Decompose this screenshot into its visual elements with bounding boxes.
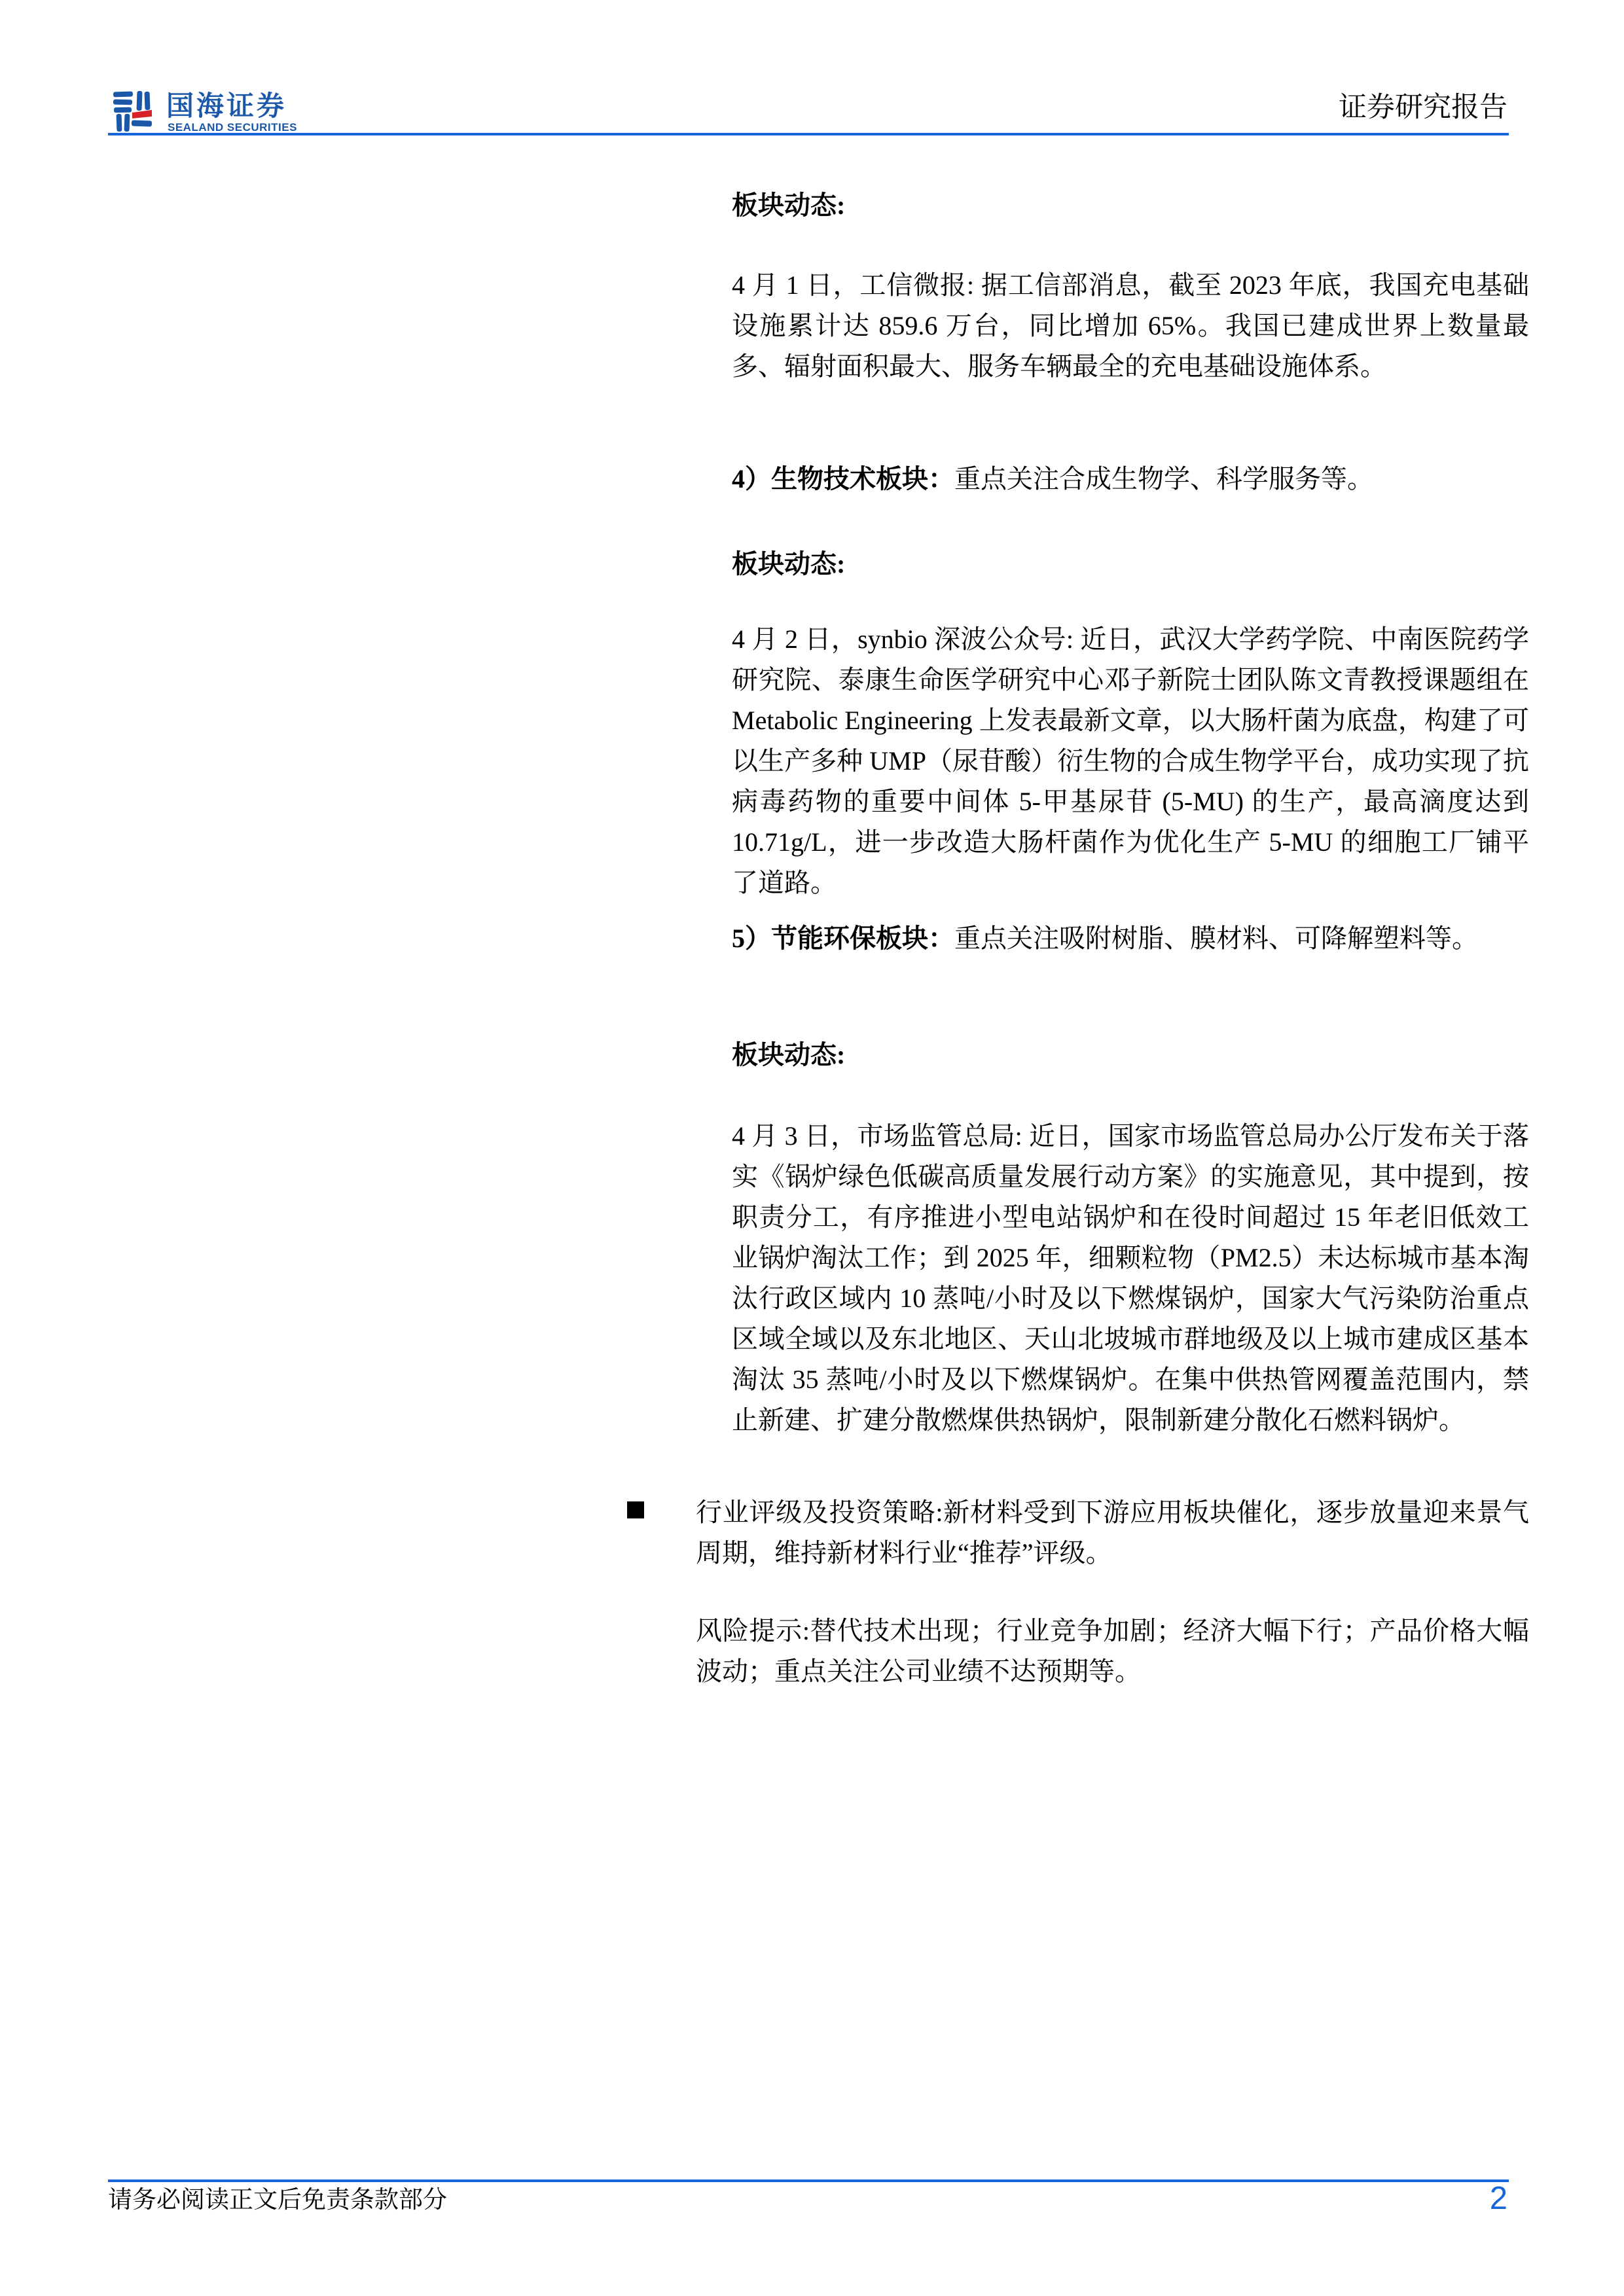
paragraph-synbio-news: 4 月 2 日，synbio 深波公众号: 近日，武汉大学药学院、中南医院药学研…: [732, 619, 1529, 903]
paragraph-charging-infrastructure: 4 月 1 日，工信微报: 据工信部消息，截至 2023 年底，我国充电基础设施…: [732, 265, 1529, 387]
report-type-label: 证券研究报告: [1339, 93, 1507, 123]
footer-divider-line: [108, 2179, 1509, 2182]
section-dynamics-heading-1: 板块动态:: [732, 185, 1529, 226]
bullet-square-marker: [627, 1501, 644, 1518]
header-divider-line: [108, 133, 1509, 135]
logo-company-name: 国海证券: [166, 92, 287, 120]
logo-company-name-en: SEALAND SECURITIES: [168, 122, 297, 134]
page-number: 2: [1490, 2182, 1507, 2215]
section-energy-saving-text: 重点关注吸附树脂、膜材料、可降解塑料等。: [954, 924, 1478, 953]
risk-warning-item: 风险提示:替代技术出现；行业竞争加剧；经济大幅下行；产品价格大幅波动；重点关注公…: [696, 1611, 1529, 1692]
industry-rating-item: 行业评级及投资策略:新材料受到下游应用板块催化，逐步放量迎来景气周期，维持新材料…: [696, 1492, 1529, 1573]
section-energy-saving-lead: 5）节能环保板块：: [732, 924, 954, 953]
section-energy-saving-heading: 5）节能环保板块：重点关注吸附树脂、膜材料、可降解塑料等。: [732, 918, 1529, 959]
risk-warning-text: 替代技术出现；行业竞争加剧；经济大幅下行；产品价格大幅波动；重点关注公司业绩不达…: [696, 1616, 1529, 1686]
section-biotech-text: 重点关注合成生物学、科学服务等。: [954, 464, 1373, 493]
section-dynamics-heading-2: 板块动态:: [732, 544, 1529, 584]
risk-warning-lead: 风险提示:: [696, 1616, 810, 1645]
paragraph-boiler-regulation: 4 月 3 日，市场监管总局: 近日，国家市场监管总局办公厅发布关于落实《锅炉绿…: [732, 1116, 1529, 1441]
footer-disclaimer: 请务必阅读正文后免责条款部分: [108, 2187, 447, 2214]
sealand-securities-logo-icon: [112, 90, 154, 132]
industry-rating-lead: 行业评级及投资策略:: [696, 1498, 943, 1527]
section-dynamics-heading-3: 板块动态:: [732, 1035, 1529, 1075]
section-biotech-heading: 4）生物技术板块：重点关注合成生物学、科学服务等。: [732, 459, 1529, 499]
section-biotech-lead: 4）生物技术板块：: [732, 464, 954, 493]
report-page: 国海证券 SEALAND SECURITIES 证券研究报告 板块动态: 4 月…: [0, 0, 1624, 2296]
